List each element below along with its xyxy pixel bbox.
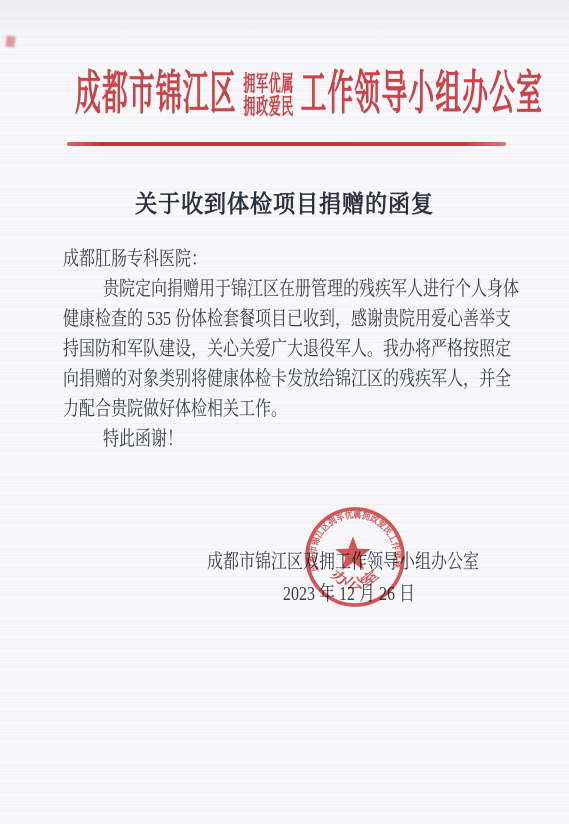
stamp-star-icon <box>335 536 370 570</box>
salutation: 成都肛肠专科医院： <box>63 244 519 274</box>
letterhead-slogan-line1: 拥军优属 <box>243 72 294 95</box>
body-line: 贵院定向捐赠用于锦江区在册管理的残疾军人进行个人身体 <box>63 274 519 304</box>
letterhead-divider-rule <box>67 142 506 146</box>
document-title: 关于收到体检项目捐赠的函复 <box>23 184 546 219</box>
stamp-bottom-text: 办公室 <box>328 566 382 591</box>
body-line: 健康检查的 535 份体检套餐项目已收到，感谢贵院用爱心善举支 <box>63 304 519 334</box>
letterhead-slogan-line2: 拥政爱民 <box>243 95 294 118</box>
body-line: 力配合贵院做好体检相关工作。 <box>63 394 519 424</box>
red-corner-mark <box>5 35 15 47</box>
letterhead-org-right: 工作领导小组办公室 <box>301 70 544 119</box>
closing-line: 特此函谢！ <box>63 424 519 454</box>
body-line: 持国防和军队建设，关心关爱广大退役军人。我办将严格按照定 <box>63 334 519 364</box>
official-seal-stamp: 成都市锦江区拥军优属拥政爱民工作领导小组 办公室 <box>293 495 417 619</box>
letter-body: 成都肛肠专科医院： 贵院定向捐赠用于锦江区在册管理的残疾军人进行个人身体 健康检… <box>63 244 519 454</box>
letterhead-org-left: 成都市锦江区 <box>75 70 237 119</box>
letterhead: 成都市锦江区 拥军优属 拥政爱民 工作领导小组办公室 <box>75 70 543 119</box>
scanned-letter-page: 成都市锦江区 拥军优属 拥政爱民 工作领导小组办公室 关于收到体检项目捐赠的函复… <box>0 0 569 824</box>
letterhead-slogan-stack: 拥军优属 拥政爱民 <box>243 72 294 118</box>
body-line: 向捐赠的对象类别将健康体检卡发放给锦江区的残疾军人，并全 <box>63 364 519 394</box>
